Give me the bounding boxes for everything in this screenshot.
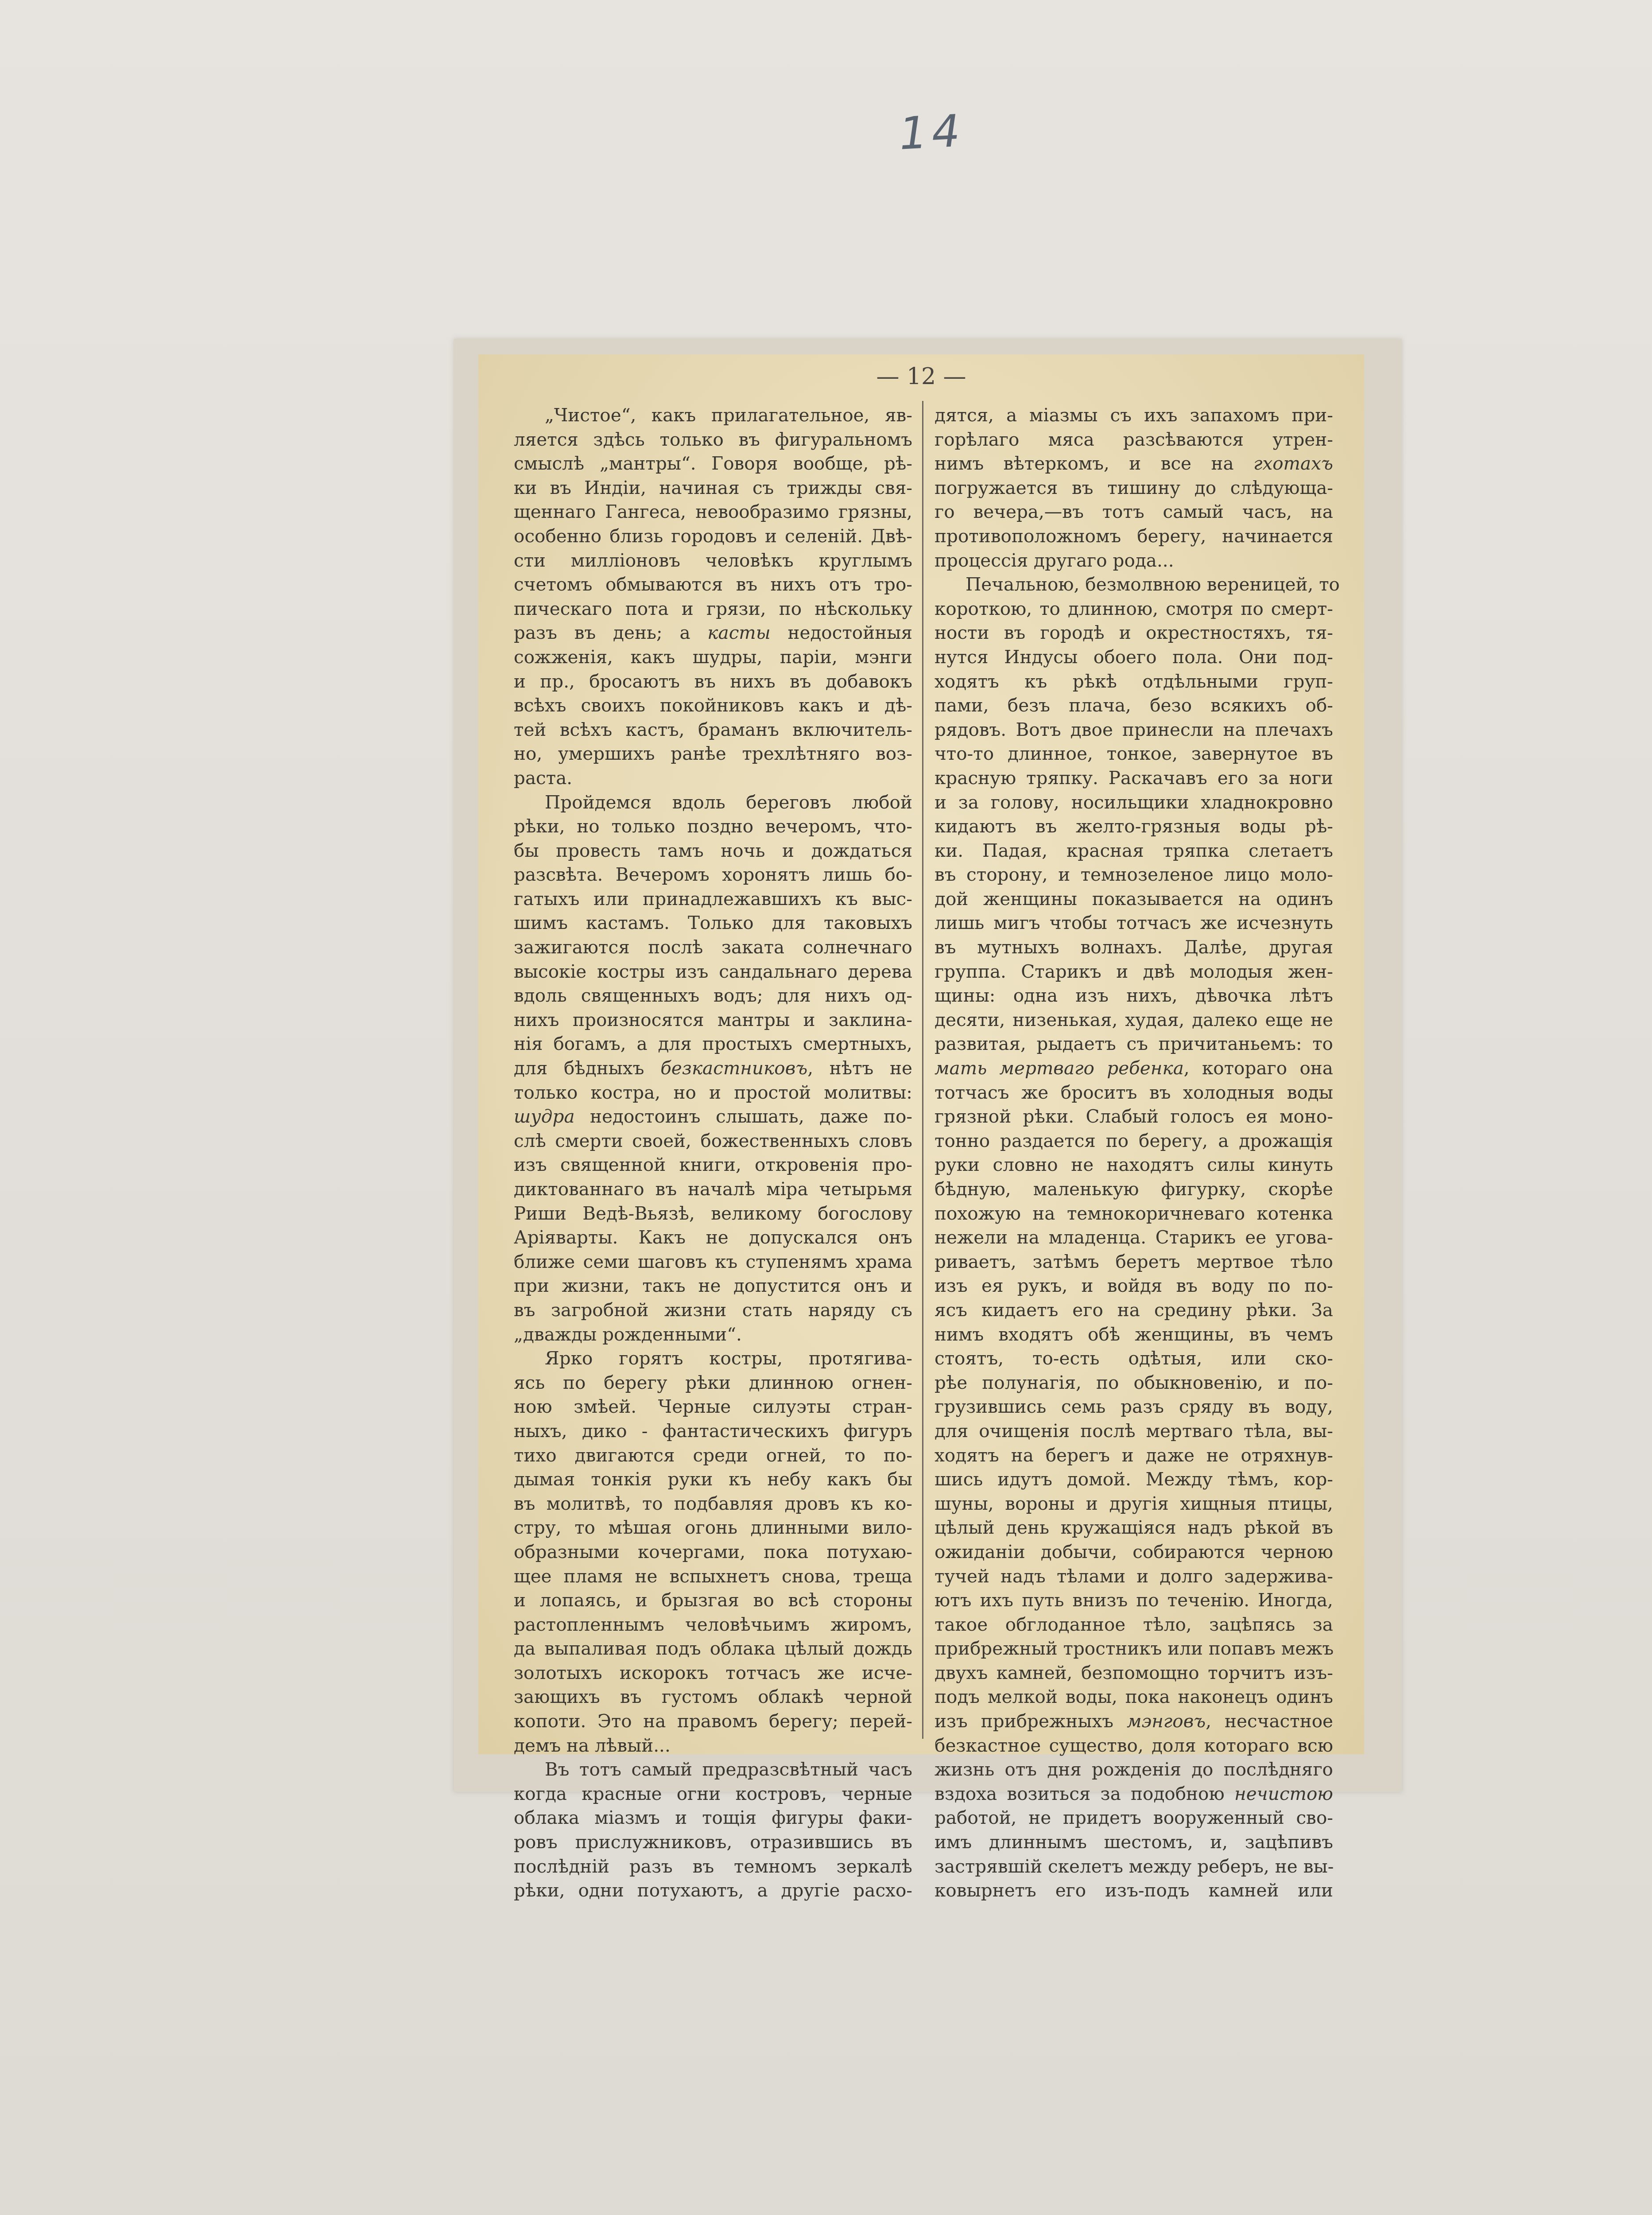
text-line: ожиданіи добычи, собираются черною <box>935 1540 1333 1564</box>
text-line: риваетъ, затѣмъ беретъ мертвое тѣло <box>935 1250 1333 1274</box>
text-line: раста. <box>514 766 912 790</box>
text-line: и за голову, носильщики хладнокровно <box>935 790 1333 815</box>
text-line: цѣлый день кружащіяся надъ рѣкой въ <box>935 1516 1333 1540</box>
text-line: вздоха возиться за подобною нечистою <box>935 1782 1333 1806</box>
text-line: рядовъ. Вотъ двое принесли на плечахъ <box>935 718 1333 742</box>
text-line: шуны, вороны и другія хищныя птицы, <box>935 1492 1333 1516</box>
text-line: зажигаются послѣ заката солнечнаго <box>514 935 912 960</box>
text-line: тотчасъ же броситъ въ холодныя воды <box>935 1080 1333 1105</box>
text-line: группа. Старикъ и двѣ молодыя жен- <box>935 960 1333 984</box>
text-line: нія богамъ, а для простыхъ смертныхъ, <box>514 1032 912 1056</box>
text-line: грузившись семь разъ сряду въ воду, <box>935 1395 1333 1419</box>
text-line: да выпаливая подъ облака цѣлый дождь <box>514 1636 912 1661</box>
text-line: стру, то мѣшая огонь длинными вило- <box>514 1516 912 1540</box>
text-line: нимъ входятъ обѣ женщины, въ чемъ <box>935 1322 1333 1347</box>
text-line: нутся Индусы обоего пола. Они под- <box>935 645 1333 669</box>
text-line: „Чистое“, какъ прилагательное, яв- <box>514 403 912 427</box>
text-line: и лопаясь, и брызгая во всѣ стороны <box>514 1588 912 1613</box>
text-line: прибрежный тростникъ или попавъ межъ <box>935 1636 1333 1661</box>
text-line: ковырнетъ его изъ-подъ камней или <box>935 1878 1333 1903</box>
text-line: кидаютъ въ желто-грязныя воды рѣ- <box>935 814 1333 839</box>
text-line: счетомъ обмываются въ нихъ отъ тро- <box>514 572 912 597</box>
text-line: диктованнаго въ началѣ міра четырьмя <box>514 1177 912 1201</box>
text-line: ясь по берегу рѣки длинною огнен- <box>514 1371 912 1395</box>
text-line: Аріяварты. Какъ не допускался онъ <box>514 1225 912 1250</box>
text-line: растопленнымъ человѣчьимъ жиромъ, <box>514 1613 912 1637</box>
text-line: развитая, рыдаетъ съ причитаньемъ: то <box>935 1032 1333 1056</box>
text-line: ною змѣей. Черные силуэты стран- <box>514 1395 912 1419</box>
text-line: слѣ смерти своей, божественныхъ словъ <box>514 1129 912 1153</box>
text-line: пическаго пота и грязи, по нѣскольку <box>514 597 912 621</box>
text-line: но, умершихъ ранѣе трехлѣтняго воз- <box>514 742 912 766</box>
text-line: золотыхъ искорокъ тотчасъ же исче- <box>514 1661 912 1685</box>
text-line: шись идутъ домой. Между тѣмъ, кор- <box>935 1467 1333 1492</box>
text-line: пами, безъ плача, безо всякихъ об- <box>935 693 1333 718</box>
text-line: зающихъ въ густомъ облакѣ черной <box>514 1685 912 1709</box>
text-line: въ загробной жизни стать наряду съ <box>514 1298 912 1322</box>
text-line: рѣе полунагія, по обыкновенію, и по- <box>935 1371 1333 1395</box>
text-line: мать мертваго ребенка, котораго она <box>935 1056 1333 1080</box>
text-line: высокіе костры изъ сандальнаго дерева <box>514 960 912 984</box>
text-line: сти милліоновъ человѣкъ круглымъ <box>514 548 912 573</box>
text-line: что-то длинное, тонкое, завернутое въ <box>935 742 1333 766</box>
text-line: вдоль священныхъ водъ; для нихъ од- <box>514 983 912 1008</box>
text-line: Въ тотъ самый предразсвѣтный часъ <box>514 1757 912 1782</box>
text-line: сожженія, какъ шудры, паріи, мэнги <box>514 645 912 669</box>
text-line: ближе семи шаговъ къ ступенямъ храма <box>514 1250 912 1274</box>
text-line: бѣдную, маленькую фигурку, скорѣе <box>935 1177 1333 1201</box>
text-line: образными кочергами, пока потухаю- <box>514 1540 912 1564</box>
text-line: копоти. Это на правомъ берегу; перей- <box>514 1709 912 1733</box>
text-line: только костра, но и простой молитвы: <box>514 1080 912 1105</box>
text-line: застрявшій скелетъ между реберъ, не вы- <box>935 1854 1333 1879</box>
text-line: шудра недостоинъ слышать, даже по- <box>514 1104 912 1129</box>
printed-page-number: — 12 — <box>478 363 1364 390</box>
text-line: изъ прибрежныхъ мэнговъ, несчастное <box>935 1709 1333 1733</box>
text-line: безкастное существо, доля котораго всю <box>935 1733 1333 1758</box>
text-line: дымая тонкія руки къ небу какъ бы <box>514 1467 912 1492</box>
newspaper-clipping: — 12 — „Чистое“, какъ прилагательное, яв… <box>478 354 1364 1754</box>
text-line: горѣлаго мяса разсѣваются утрен- <box>935 427 1333 452</box>
text-line: смыслѣ „мантры“. Говоря вообще, рѣ- <box>514 451 912 476</box>
text-line: Пройдемся вдоль береговъ любой <box>514 790 912 815</box>
text-line: изъ ея рукъ, и войдя въ воду по по- <box>935 1274 1333 1298</box>
text-line: нимъ вѣтеркомъ, и все на гхотахъ <box>935 451 1333 476</box>
text-line: изъ священной книги, откровенія про- <box>514 1153 912 1177</box>
handwritten-page-number: 14 <box>898 105 966 160</box>
text-line: въ молитвѣ, то подбавляя дровъ къ ко- <box>514 1492 912 1516</box>
text-line: жизнь отъ дня рожденія до послѣдняго <box>935 1757 1333 1782</box>
text-line: дятся, а міазмы съ ихъ запахомъ при- <box>935 403 1333 427</box>
text-line: десяти, низенькая, худая, далеко еще не <box>935 1008 1333 1032</box>
text-line: ки. Падая, красная тряпка слетаетъ <box>935 839 1333 863</box>
text-line: рѣки, одни потухаютъ, а другіе расхо- <box>514 1878 912 1903</box>
text-line: погружается въ тишину до слѣдующа- <box>935 476 1333 500</box>
column-divider <box>922 401 923 1739</box>
text-line: двухъ камней, безпомощно торчитъ изъ- <box>935 1661 1333 1685</box>
text-line: Риши Ведѣ-Вьязѣ, великому богослову <box>514 1201 912 1226</box>
text-line: похожую на темнокоричневаго котенка <box>935 1201 1333 1226</box>
text-line: тихо двигаются среди огней, то по- <box>514 1443 912 1468</box>
text-line: демъ на лѣвый... <box>514 1733 912 1758</box>
text-line: подъ мелкой воды, пока наконецъ одинъ <box>935 1685 1333 1709</box>
album-page: 14 — 12 — „Чистое“, какъ прилагательное,… <box>0 0 1652 2215</box>
text-line: имъ длиннымъ шестомъ, и, зацѣпивъ <box>935 1830 1333 1854</box>
text-line: ходятъ къ рѣкѣ отдѣльными груп- <box>935 669 1333 694</box>
text-line: щеннаго Гангеса, невообразимо грязны, <box>514 500 912 524</box>
text-line: „дважды рожденными“. <box>514 1322 912 1347</box>
text-line: работой, не придетъ вооруженный сво- <box>935 1806 1333 1830</box>
text-line: разсвѣта. Вечеромъ хоронятъ лишь бо- <box>514 863 912 887</box>
text-line: нежели на младенца. Старикъ ее угова- <box>935 1225 1333 1250</box>
text-line: красную тряпку. Раскачавъ его за ноги <box>935 766 1333 790</box>
text-line: разъ въ день; а касты недостойныя <box>514 621 912 645</box>
text-line: ходятъ на берегъ и даже не отряхнув- <box>935 1443 1333 1468</box>
text-line: рѣки, но только поздно вечеромъ, что- <box>514 814 912 839</box>
text-line: гатыхъ или принадлежавшихъ къ выс- <box>514 887 912 911</box>
left-text-column: „Чистое“, какъ прилагательное, яв-ляется… <box>514 403 912 1903</box>
text-line: въ сторону, и темнозеленое лицо моло- <box>935 863 1333 887</box>
text-line: ки въ Индіи, начиная съ трижды свя- <box>514 476 912 500</box>
right-text-column: дятся, а міазмы съ ихъ запахомъ при-горѣ… <box>935 403 1333 1903</box>
text-line: го вечера,—въ тотъ самый часъ, на <box>935 500 1333 524</box>
text-line: тучей надъ тѣлами и долго задержива- <box>935 1564 1333 1589</box>
text-line: бы провесть тамъ ночь и дождаться <box>514 839 912 863</box>
text-line: когда красные огни костровъ, черные <box>514 1782 912 1806</box>
text-line: такое обглоданное тѣло, зацѣпясь за <box>935 1613 1333 1637</box>
text-line: для бѣдныхъ безкастниковъ, нѣтъ не <box>514 1056 912 1080</box>
text-line: ныхъ, дико - фантастическихъ фигуръ <box>514 1419 912 1443</box>
text-line: при жизни, такъ не допустится онъ и <box>514 1274 912 1298</box>
text-line: для очищенія послѣ мертваго тѣла, вы- <box>935 1419 1333 1443</box>
text-line: нихъ произносятся мантры и заклина- <box>514 1008 912 1032</box>
text-line: тей всѣхъ кастъ, браманъ включитель- <box>514 718 912 742</box>
text-line: стоятъ, то-есть одѣтыя, или ско- <box>935 1346 1333 1371</box>
text-line: и пр., бросаютъ въ нихъ въ добавокъ <box>514 669 912 694</box>
text-line: процессія другаго рода... <box>935 548 1333 573</box>
text-line: руки словно не находятъ силы кинуть <box>935 1153 1333 1177</box>
text-line: Ярко горятъ костры, протягива- <box>514 1346 912 1371</box>
text-line: всѣхъ своихъ покойниковъ какъ и дѣ- <box>514 693 912 718</box>
text-line: дой женщины показывается на одинъ <box>935 887 1333 911</box>
text-line: послѣдній разъ въ темномъ зеркалѣ <box>514 1854 912 1879</box>
text-line: щее пламя не вспыхнетъ снова, треща <box>514 1564 912 1589</box>
text-line: противоположномъ берегу, начинается <box>935 524 1333 548</box>
text-line: ровъ прислужниковъ, отразившись въ <box>514 1830 912 1854</box>
text-line: ясъ кидаетъ его на средину рѣки. За <box>935 1298 1333 1322</box>
text-line: короткою, то длинною, смотря по смерт- <box>935 597 1333 621</box>
text-line: ютъ ихъ путь внизъ по теченію. Иногда, <box>935 1588 1333 1613</box>
text-line: облака міазмъ и тощія фигуры факи- <box>514 1806 912 1830</box>
text-line: ности въ городѣ и окрестностяхъ, тя- <box>935 621 1333 645</box>
text-line: особенно близь городовъ и селеній. Двѣ- <box>514 524 912 548</box>
text-line: ляется здѣсь только въ фигуральномъ <box>514 427 912 452</box>
text-line: тонно раздается по берегу, а дрожащія <box>935 1129 1333 1153</box>
text-line: грязной рѣки. Слабый голосъ ея моно- <box>935 1104 1333 1129</box>
text-line: въ мутныхъ волнахъ. Далѣе, другая <box>935 935 1333 960</box>
text-line: шимъ кастамъ. Только для таковыхъ <box>514 911 912 935</box>
text-line: Печальною, безмолвною вереницей, то <box>935 572 1333 597</box>
text-line: щины: одна изъ нихъ, дѣвочка лѣтъ <box>935 983 1333 1008</box>
text-line: лишь мигъ чтобы тотчасъ же исчезнуть <box>935 911 1333 935</box>
